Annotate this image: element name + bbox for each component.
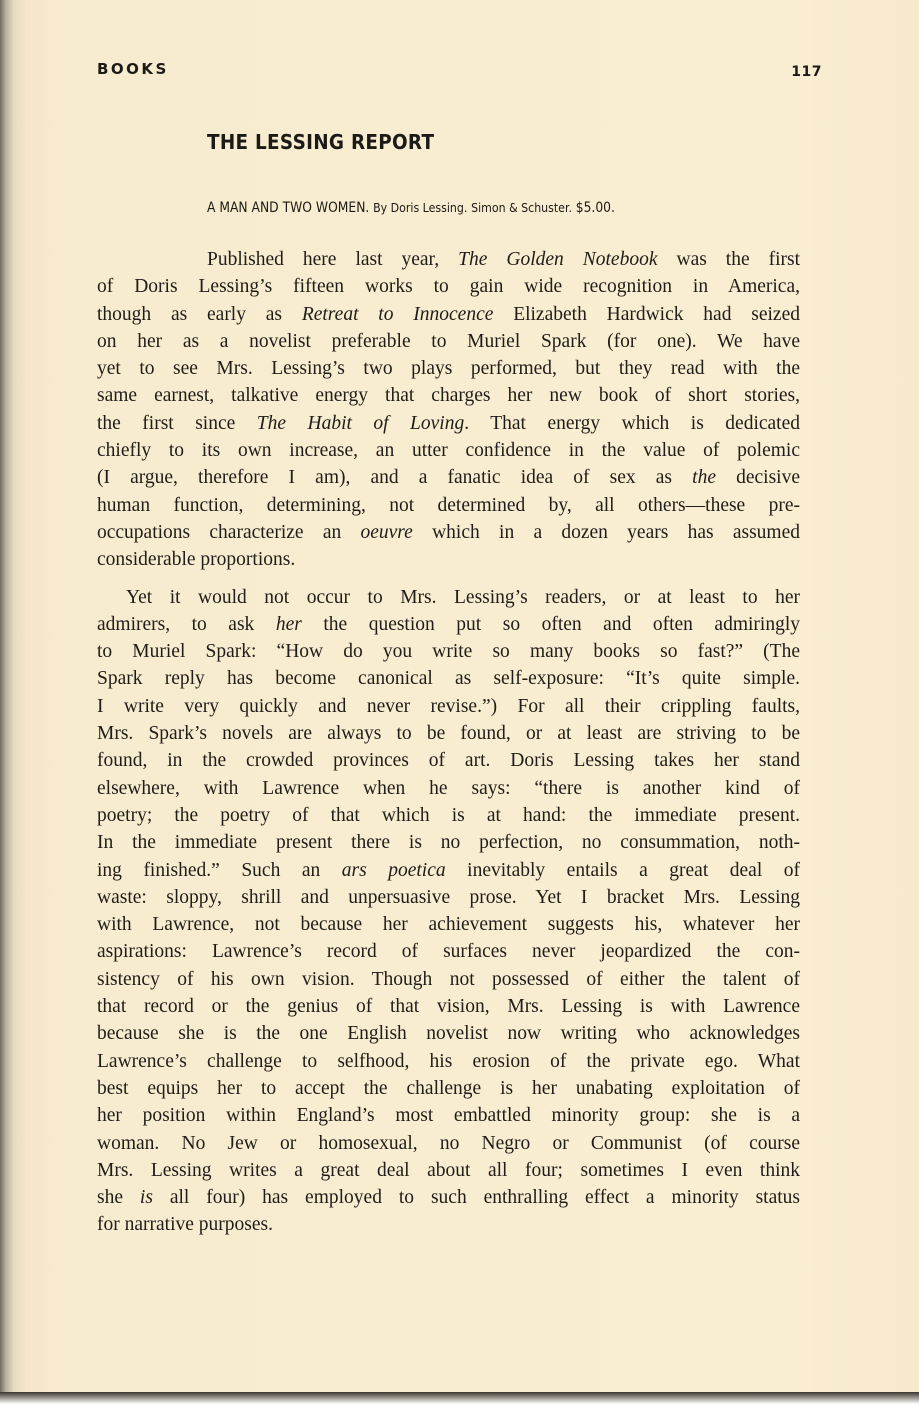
text-line: poetry; the poetry of that which is at h… — [97, 802, 800, 829]
page-number: 117 — [791, 64, 822, 80]
text-line: the first since The Habit of Loving. Tha… — [97, 410, 800, 437]
text-line: waste: sloppy, shrill and unpersuasive p… — [97, 884, 800, 911]
text-line: found, in the crowded provinces of art. … — [97, 747, 800, 774]
text-line: Published here last year, The Golden Not… — [97, 246, 800, 273]
text-line: admirers, to ask her the question put so… — [97, 611, 800, 638]
text-line: she is all four) has employed to such en… — [97, 1184, 800, 1211]
text-line: Mrs. Lessing writes a great deal about a… — [97, 1157, 800, 1184]
text-line: Mrs. Spark’s novels are always to be fou… — [97, 720, 800, 747]
book-publisher: Simon & Schuster. — [471, 200, 572, 215]
section-label: BOOKS — [97, 60, 169, 78]
text-line: because she is the one English novelist … — [97, 1020, 800, 1047]
paragraph: Yet it would not occur to Mrs. Lessing’s… — [97, 584, 800, 1239]
article-body: Published here last year, The Golden Not… — [97, 246, 800, 1239]
text-line: that record or the genius of that vision… — [97, 993, 800, 1020]
article-title: THE LESSING REPORT — [207, 130, 434, 154]
text-line: Lawrence’s challenge to selfhood, his er… — [97, 1048, 800, 1075]
text-line: ing finished.” Such an ars poetica inevi… — [97, 857, 800, 884]
text-line: occupations characterize an oeuvre which… — [97, 519, 800, 546]
text-line: aspirations: Lawrence’s record of surfac… — [97, 938, 800, 965]
text-line: I write very quickly and never revise.”)… — [97, 693, 800, 720]
text-line: considerable proportions. — [97, 546, 800, 573]
text-line: with Lawrence, not because her achieveme… — [97, 911, 800, 938]
text-line: Spark reply has become canonical as self… — [97, 665, 800, 692]
book-author: By Doris Lessing. — [373, 200, 467, 215]
text-line: same earnest, talkative energy that char… — [97, 382, 800, 409]
review-byline: A MAN AND TWO WOMEN. By Doris Lessing. S… — [207, 200, 615, 216]
book-page: BOOKS 117 THE LESSING REPORT A MAN AND T… — [0, 0, 919, 1400]
text-line: human function, determining, not determi… — [97, 492, 800, 519]
text-line: of Doris Lessing’s fifteen works to gain… — [97, 273, 800, 300]
book-price: $5.00. — [576, 200, 615, 216]
running-head: BOOKS 117 — [97, 58, 822, 82]
text-line: for narrative purposes. — [97, 1211, 800, 1238]
text-line: her position within England’s most embat… — [97, 1102, 800, 1129]
text-line: sistency of his own vision. Though not p… — [97, 966, 800, 993]
text-line: chiefly to its own increase, an utter co… — [97, 437, 800, 464]
text-line: Yet it would not occur to Mrs. Lessing’s… — [97, 584, 800, 611]
book-title: A MAN AND TWO WOMEN. — [207, 200, 369, 216]
text-line: woman. No Jew or homosexual, no Negro or… — [97, 1130, 800, 1157]
text-line: to Muriel Spark: “How do you write so ma… — [97, 638, 800, 665]
page-edge-shadow — [0, 1392, 919, 1407]
text-line: best equips her to accept the challenge … — [97, 1075, 800, 1102]
text-line: (I argue, therefore I am), and a fanatic… — [97, 464, 800, 491]
text-line: on her as a novelist preferable to Murie… — [97, 328, 800, 355]
text-line: though as early as Retreat to Innocence … — [97, 301, 800, 328]
paragraph: Published here last year, The Golden Not… — [97, 246, 800, 574]
text-line: In the immediate present there is no per… — [97, 829, 800, 856]
text-line: yet to see Mrs. Lessing’s two plays perf… — [97, 355, 800, 382]
text-line: elsewhere, with Lawrence when he says: “… — [97, 775, 800, 802]
